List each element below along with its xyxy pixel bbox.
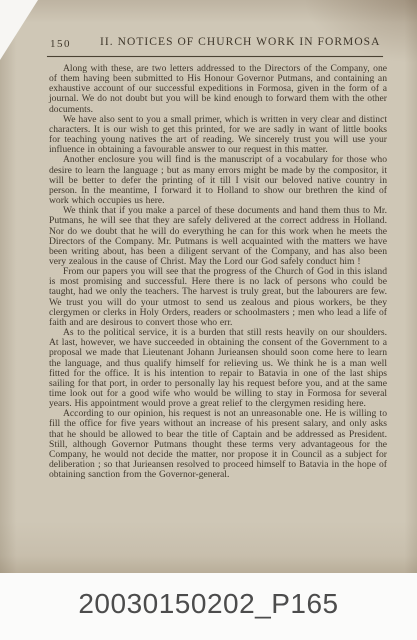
header-rule [47,56,383,57]
paragraph: From our papers you will see that the pr… [49,267,387,328]
paragraph: We think that if you make a parcel of th… [49,206,387,267]
scan-id-bar: 20030150202_P165 [0,573,417,640]
chapter-title: II. NOTICES OF CHURCH WORK IN FORMOSA [100,36,384,48]
screenshot-canvas: 150 II. NOTICES OF CHURCH WORK IN FORMOS… [0,0,417,640]
running-head: 150 II. NOTICES OF CHURCH WORK IN FORMOS… [48,36,384,52]
scanned-book-page: 150 II. NOTICES OF CHURCH WORK IN FORMOS… [0,0,417,573]
paragraph: We have also sent to you a small primer,… [49,115,387,156]
paragraph: As to the political service, it is a bur… [49,328,387,409]
paragraph: According to our opinion, his request is… [49,409,387,480]
paragraph: Along with these, are two letters addres… [49,64,387,115]
paragraph: Another enclosure you will find is the m… [49,155,387,206]
body-text-column: Along with these, are two letters addres… [49,64,387,480]
page-number: 150 [50,38,71,50]
page-corner-sliver [0,0,38,60]
scan-id-label: 20030150202_P165 [78,588,338,620]
